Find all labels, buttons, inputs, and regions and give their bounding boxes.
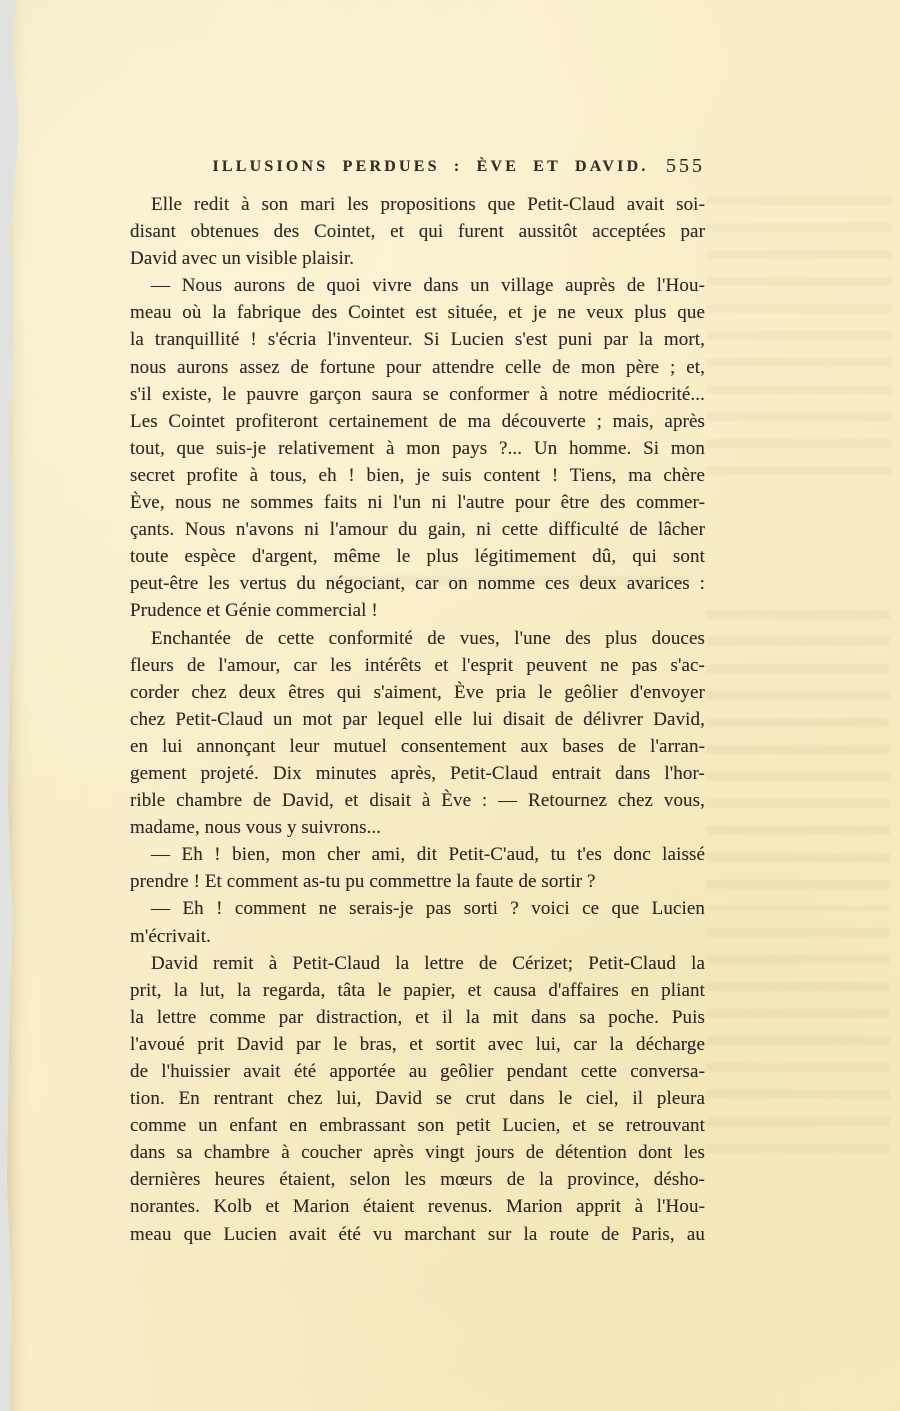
scan-canvas: ILLUSIONS PERDUES : ÈVE ET DAVID. 555 El… bbox=[0, 0, 900, 1411]
text-line: Prudence et Génie commercial ! bbox=[130, 597, 705, 624]
text-line: dernières heures étaient, selon les mœur… bbox=[130, 1166, 705, 1193]
text-line: toute espèce d'argent, même le plus légi… bbox=[130, 543, 705, 570]
text-line: David remit à Petit-Claud la lettre de C… bbox=[130, 950, 705, 977]
text-line: meau où la fabrique des Cointet est situ… bbox=[130, 299, 705, 326]
text-line: m'écrivait. bbox=[130, 923, 705, 950]
text-line: çants. Nous n'avons ni l'amour du gain, … bbox=[130, 516, 705, 543]
text-line: corder chez deux êtres qui s'aiment, Ève… bbox=[130, 679, 705, 706]
text-line: nous aurons assez de fortune pour attend… bbox=[130, 354, 705, 381]
text-line: s'il existe, le pauvre garçon saura se c… bbox=[130, 381, 705, 408]
running-title: ILLUSIONS PERDUES : ÈVE ET DAVID. bbox=[130, 158, 705, 176]
text-line: — Eh ! bien, mon cher ami, dit Petit-C'a… bbox=[130, 841, 705, 868]
text-line: Les Cointet profiteront certainement de … bbox=[130, 408, 705, 435]
text-line: norantes. Kolb et Marion étaient revenus… bbox=[130, 1193, 705, 1220]
text-line: gement projeté. Dix minutes après, Petit… bbox=[130, 760, 705, 787]
text-line: la lettre comme par distraction, et il l… bbox=[130, 1004, 705, 1031]
text-line: meau que Lucien avait été vu marchant su… bbox=[130, 1221, 705, 1248]
text-line: peut-être les vertus du négociant, car o… bbox=[130, 570, 705, 597]
book-page: ILLUSIONS PERDUES : ÈVE ET DAVID. 555 El… bbox=[0, 0, 900, 1411]
text-line: l'avoué prit David par le bras, et sorti… bbox=[130, 1031, 705, 1058]
showthrough-right-margin-top bbox=[706, 196, 892, 476]
text-block: Elle redit à son mari les propositions q… bbox=[130, 191, 705, 1248]
text-line: dans sa chambre à coucher après vingt jo… bbox=[130, 1139, 705, 1166]
text-line: en lui annonçant leur mutuel consentemen… bbox=[130, 733, 705, 760]
text-line: tion. En rentrant chez lui, David se cru… bbox=[130, 1085, 705, 1112]
text-line: de l'huissier avait été apportée au geôl… bbox=[130, 1058, 705, 1085]
text-line: prendre ! Et comment as-tu pu commettre … bbox=[130, 868, 705, 895]
text-line: la tranquillité ! s'écria l'inventeur. S… bbox=[130, 326, 705, 353]
text-line: comme un enfant en embrassant son petit … bbox=[130, 1112, 705, 1139]
text-line: madame, nous vous y suivrons... bbox=[130, 814, 705, 841]
text-line: rible chambre de David, et disait à Ève … bbox=[130, 787, 705, 814]
text-line: — Eh ! comment ne serais-je pas sorti ? … bbox=[130, 895, 705, 922]
showthrough-right-margin-middle bbox=[706, 610, 890, 910]
text-line: prit, la lut, la regarda, tâta le papier… bbox=[130, 977, 705, 1004]
text-line: — Nous aurons de quoi vivre dans un vill… bbox=[130, 272, 705, 299]
running-head: ILLUSIONS PERDUES : ÈVE ET DAVID. 555 bbox=[130, 158, 705, 182]
text-line: disant obtenues des Cointet, et qui fure… bbox=[130, 218, 705, 245]
text-line: tout, que suis-je relativement à mon pay… bbox=[130, 435, 705, 462]
text-line: Enchantée de cette conformité de vues, l… bbox=[130, 625, 705, 652]
text-line: secret profite à tous, eh ! bien, je sui… bbox=[130, 462, 705, 489]
text-line: David avec un visible plaisir. bbox=[130, 245, 705, 272]
page-number: 555 bbox=[666, 155, 705, 178]
text-line: chez Petit-Claud un mot par lequel elle … bbox=[130, 706, 705, 733]
showthrough-right-margin-bottom bbox=[706, 928, 890, 1168]
text-line: Elle redit à son mari les propositions q… bbox=[130, 191, 705, 218]
text-line: Ève, nous ne sommes faits ni l'un ni l'a… bbox=[130, 489, 705, 516]
text-line: fleurs de l'amour, car les intérêts et l… bbox=[130, 652, 705, 679]
